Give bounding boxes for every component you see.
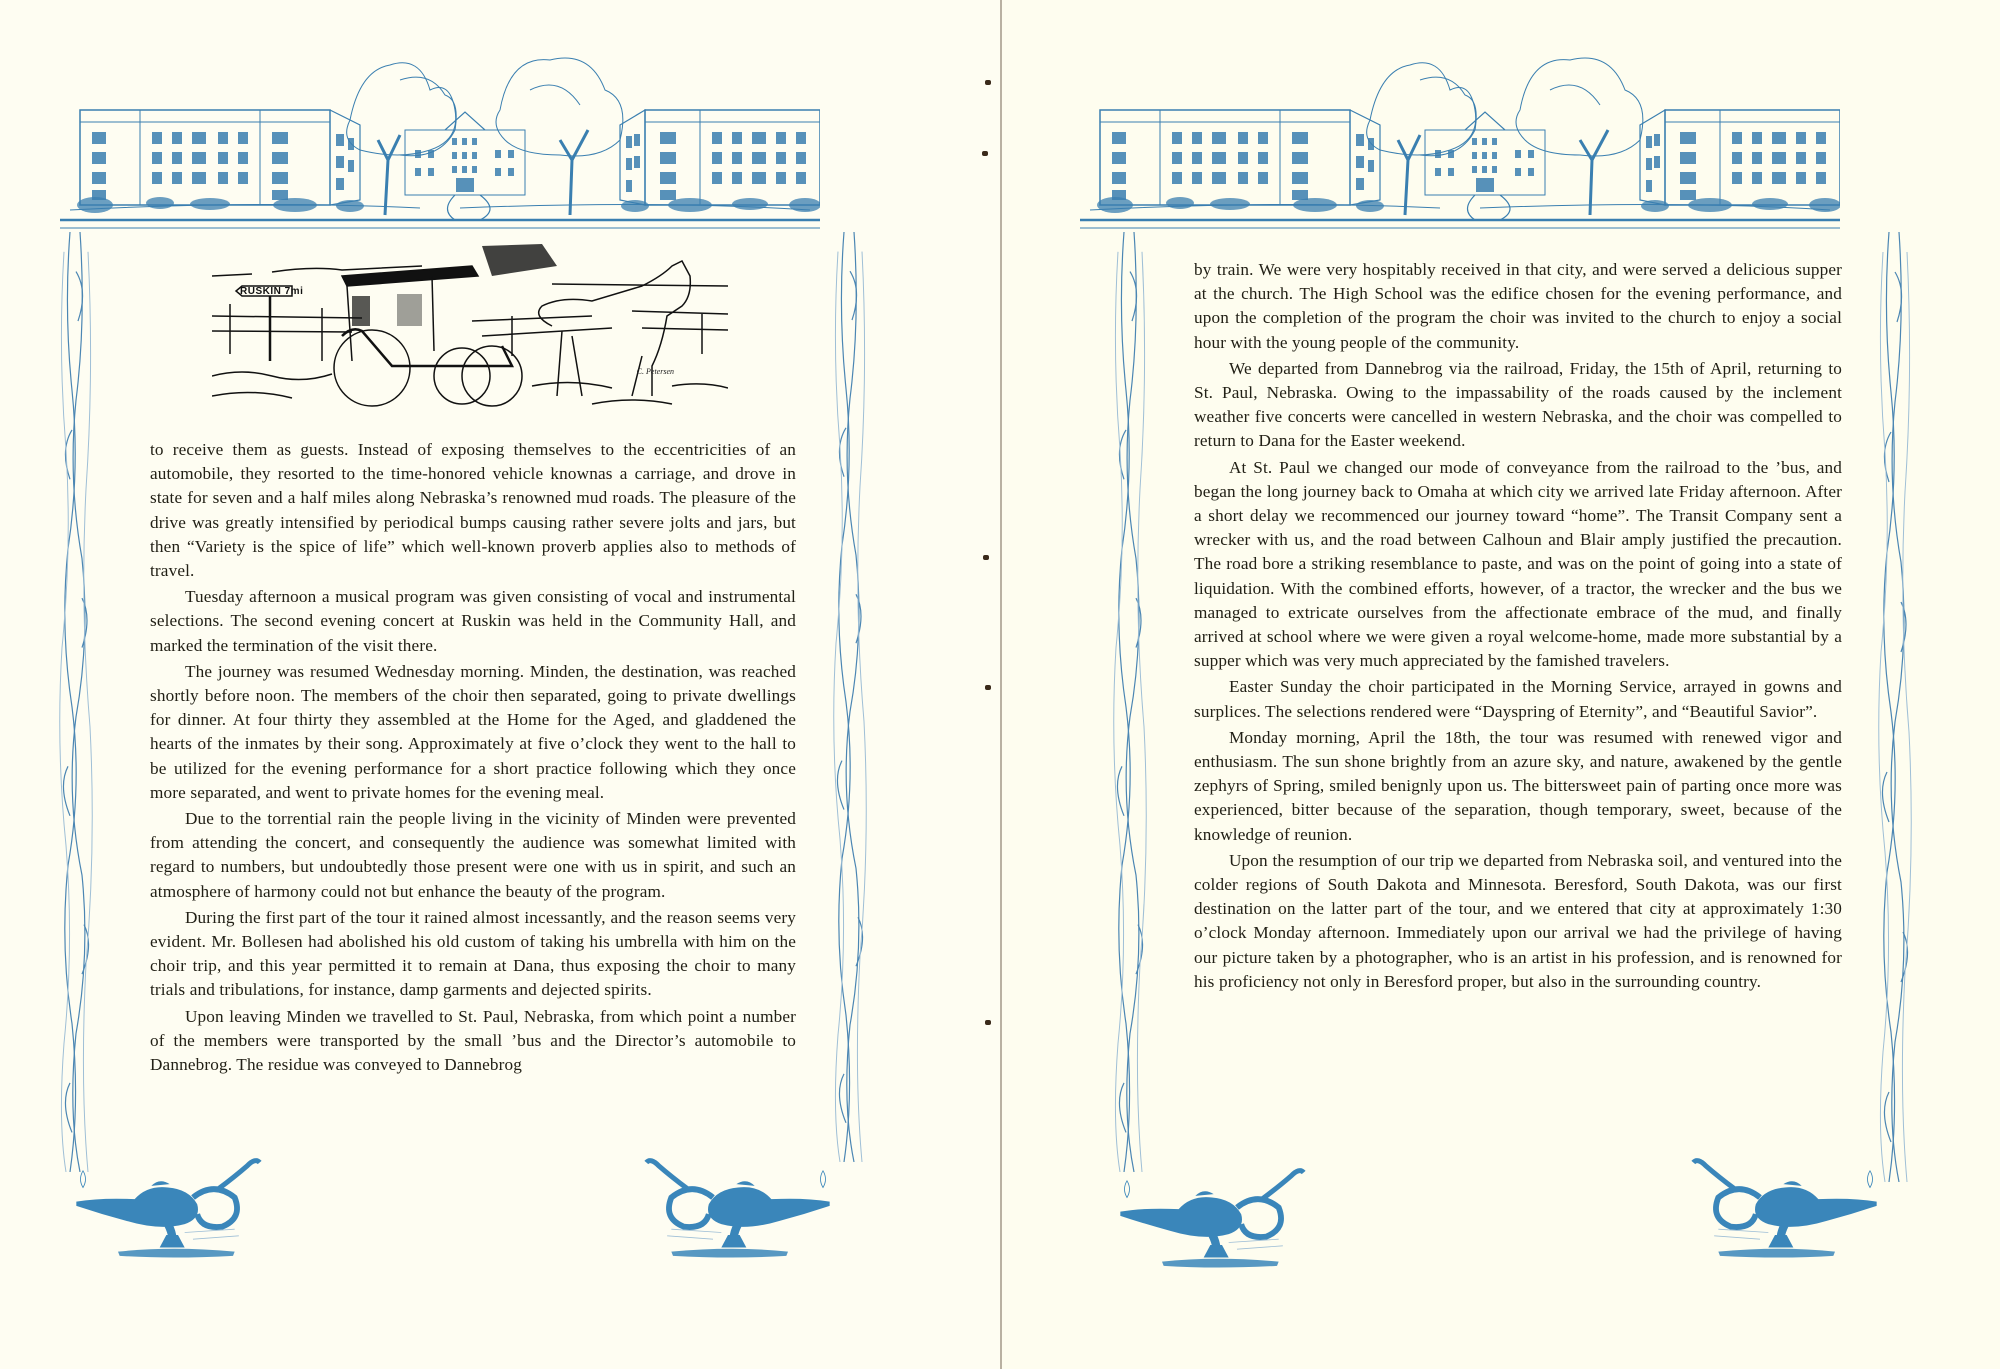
right-page: by train. We were very hospitably receiv… bbox=[1002, 0, 2000, 1369]
left-vine-border bbox=[58, 232, 98, 1172]
left-page-body-text: to receive them as guests. Instead of ex… bbox=[150, 438, 796, 1077]
paragraph: Tuesday afternoon a musical program was … bbox=[150, 585, 796, 658]
oil-lamp-left bbox=[1112, 1160, 1312, 1280]
campus-header-illustration bbox=[60, 50, 820, 230]
right-vine-border bbox=[832, 232, 872, 1162]
paragraph: Monday morning, April the 18th, the tour… bbox=[1194, 726, 1842, 847]
binder-hole bbox=[982, 151, 988, 156]
binder-hole bbox=[985, 1020, 991, 1025]
paragraph: We departed from Dannebrog via the railr… bbox=[1194, 357, 1842, 454]
oil-lamp-right bbox=[638, 1150, 838, 1270]
right-page-body-text: by train. We were very hospitably receiv… bbox=[1194, 258, 1842, 994]
paragraph: Easter Sunday the choir participated in … bbox=[1194, 675, 1842, 723]
oil-lamp-left bbox=[68, 1150, 268, 1270]
paragraph: Due to the torrential rain the people li… bbox=[150, 807, 796, 904]
binder-hole bbox=[985, 80, 991, 85]
paragraph: At St. Paul we changed our mode of conve… bbox=[1194, 456, 1842, 674]
paragraph: Upon leaving Minden we travelled to St. … bbox=[150, 1005, 796, 1078]
binder-hole bbox=[985, 685, 991, 690]
carriage-illustration: RUSKIN 7mi C. Petersen bbox=[212, 236, 728, 420]
paragraph: During the first part of the tour it rai… bbox=[150, 906, 796, 1003]
oil-lamp-right bbox=[1685, 1150, 1885, 1270]
paragraph: by train. We were very hospitably receiv… bbox=[1194, 258, 1842, 355]
campus-header-illustration bbox=[1080, 50, 1840, 230]
paragraph: Upon the resumption of our trip we depar… bbox=[1194, 849, 1842, 994]
binder-hole bbox=[983, 555, 989, 560]
right-vine-border bbox=[1877, 232, 1917, 1182]
road-sign-text: RUSKIN 7mi bbox=[240, 286, 303, 297]
paragraph: to receive them as guests. Instead of ex… bbox=[150, 438, 796, 583]
left-page: RUSKIN 7mi C. Petersen to receive them a… bbox=[0, 0, 1000, 1369]
left-vine-border bbox=[1112, 232, 1152, 1172]
paragraph: The journey was resumed Wednesday mornin… bbox=[150, 660, 796, 805]
artist-signature: C. Petersen bbox=[637, 367, 674, 376]
